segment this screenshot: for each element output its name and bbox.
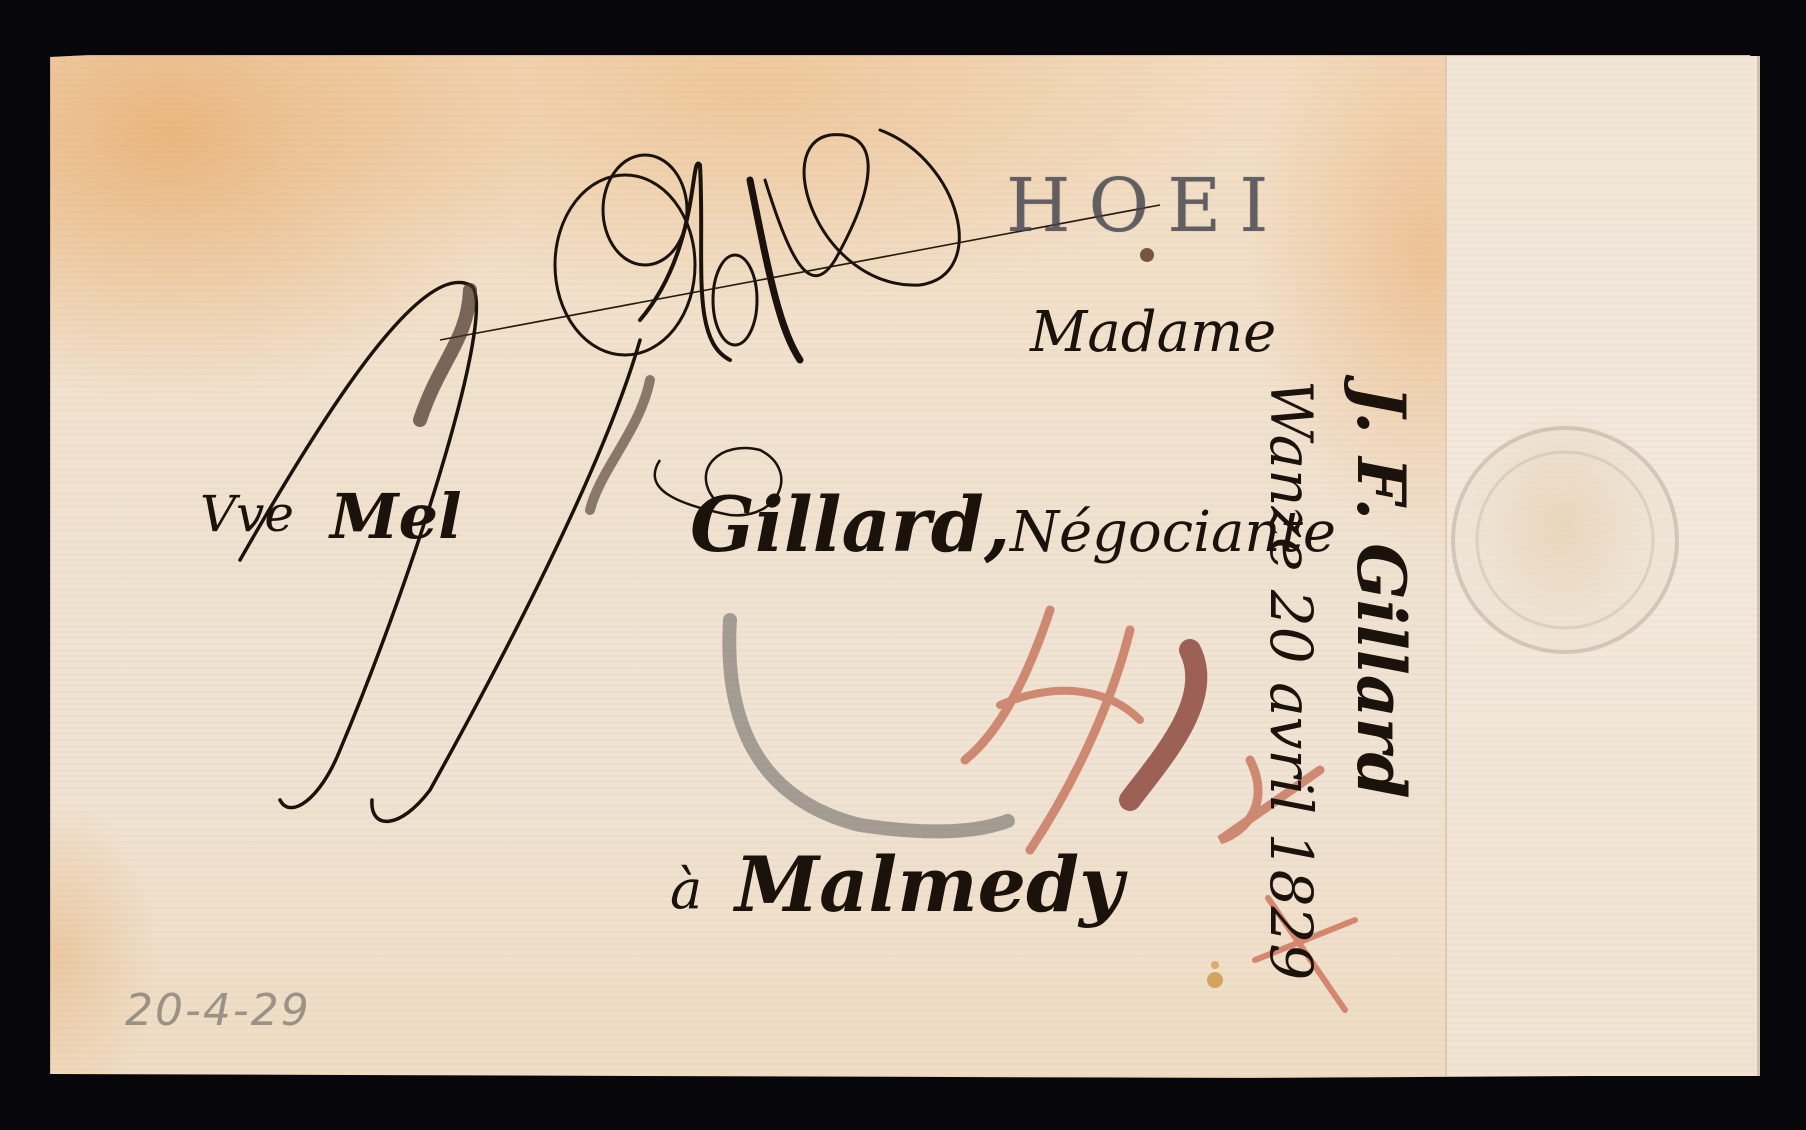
- docket-place-date: Wanze 20 avril 1829: [1257, 380, 1325, 980]
- letter-side-flap: [1445, 56, 1760, 1076]
- address-prefix-a: à: [670, 858, 702, 921]
- pencil-date-note: 20-4-29: [125, 985, 311, 1036]
- address-prefix-vve: Vve: [200, 485, 294, 543]
- address-line-madame: Madame: [1030, 300, 1276, 365]
- address-title-mel: Mel: [330, 480, 462, 553]
- hoei-postmark: HOEI: [1006, 163, 1286, 249]
- address-name-gillard: Gillard,: [690, 480, 1010, 569]
- docket-sender: J. F. Gillard: [1342, 385, 1420, 799]
- address-city-malmedy: Malmedy: [735, 840, 1123, 929]
